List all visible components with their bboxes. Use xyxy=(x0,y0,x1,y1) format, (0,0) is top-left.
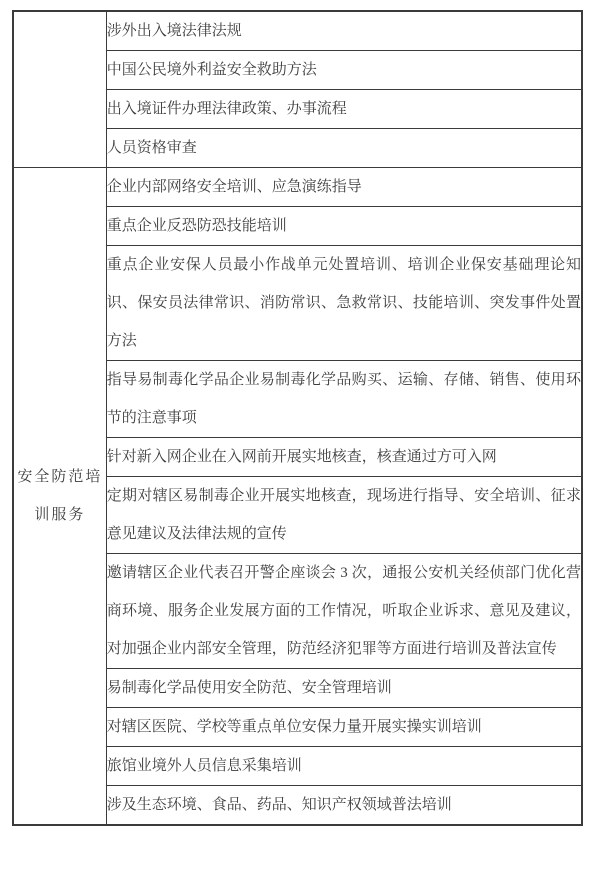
service-item-cell: 中国公民境外利益安全救助方法 xyxy=(106,51,582,90)
service-item-cell: 针对新入网企业在入网前开展实地核查，核查通过方可入网 xyxy=(106,438,582,477)
service-item-cell: 邀请辖区企业代表召开警企座谈会 3 次，通报公安机关经侦部门优化营商环境、服务企… xyxy=(106,554,582,669)
service-item-cell: 指导易制毒化学品企业易制毒化学品购买、运输、存储、销售、使用环节的注意事项 xyxy=(106,361,582,438)
service-item-cell: 旅馆业境外人员信息采集培训 xyxy=(106,747,582,786)
row-group-label-security-training: 安全防范培训服务 xyxy=(13,168,106,826)
service-item-cell: 涉外出入境法律法规 xyxy=(106,11,582,51)
service-item-cell: 重点企业反恐防恐技能培训 xyxy=(106,207,582,246)
service-item-cell: 人员资格审查 xyxy=(106,129,582,168)
table-row: 涉外出入境法律法规 xyxy=(13,11,582,51)
service-item-cell: 出入境证件办理法律政策、办事流程 xyxy=(106,90,582,129)
service-item-cell: 涉及生态环境、食品、药品、知识产权领域普法培训 xyxy=(106,786,582,826)
service-item-cell: 定期对辖区易制毒企业开展实地核查，现场进行指导、安全培训、征求意见建议及法律法规… xyxy=(106,477,582,554)
row-group-label-empty xyxy=(13,11,106,168)
security-service-table: 涉外出入境法律法规 中国公民境外利益安全救助方法 出入境证件办理法律政策、办事流… xyxy=(12,10,583,826)
service-item-cell: 重点企业安保人员最小作战单元处置培训、培训企业保安基础理论知识、保安员法律常识、… xyxy=(106,246,582,361)
service-item-cell: 企业内部网络安全培训、应急演练指导 xyxy=(106,168,582,207)
service-item-cell: 对辖区医院、学校等重点单位安保力量开展实操实训培训 xyxy=(106,708,582,747)
service-item-cell: 易制毒化学品使用安全防范、安全管理培训 xyxy=(106,669,582,708)
table-row: 安全防范培训服务 企业内部网络安全培训、应急演练指导 xyxy=(13,168,582,207)
document-page: 涉外出入境法律法规 中国公民境外利益安全救助方法 出入境证件办理法律政策、办事流… xyxy=(0,0,594,883)
